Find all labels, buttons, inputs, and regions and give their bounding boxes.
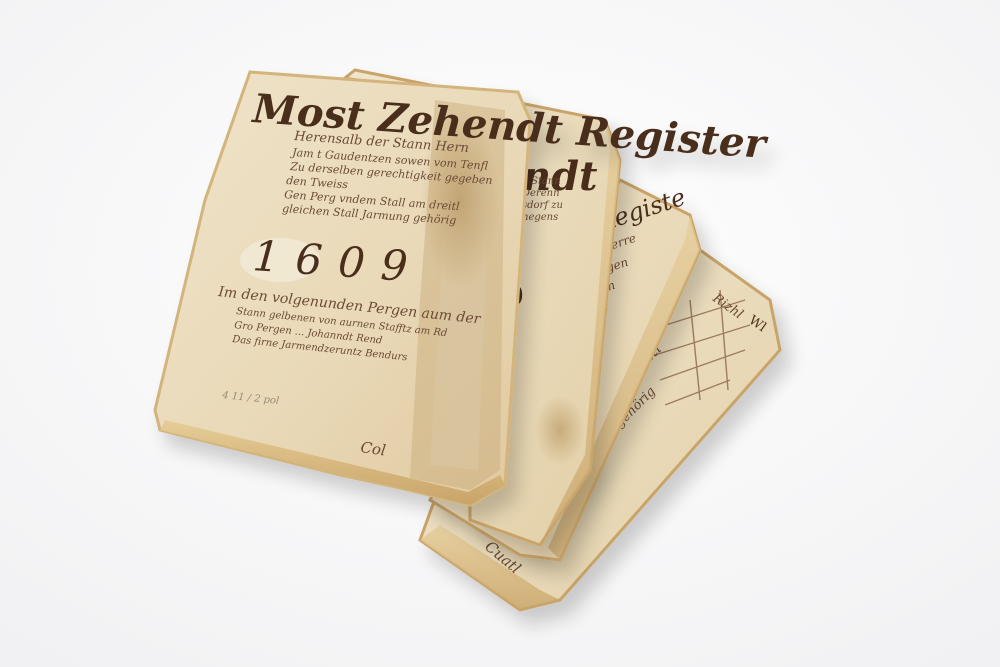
- svg-text:sdorf zu: sdorf zu: [522, 200, 563, 211]
- svg-text:Col: Col: [359, 438, 387, 459]
- manuscripts-photo: Rizhl Wl Ein Drittl gehörig 6 Cuatl Regi…: [0, 0, 1000, 667]
- svg-text:negens: negens: [522, 212, 558, 223]
- svg-text:e Stann: e Stann: [522, 176, 561, 187]
- svg-text:Derenn: Derenn: [521, 188, 560, 199]
- photo-scene: Rizhl Wl Ein Drittl gehörig 6 Cuatl Regi…: [0, 0, 1000, 667]
